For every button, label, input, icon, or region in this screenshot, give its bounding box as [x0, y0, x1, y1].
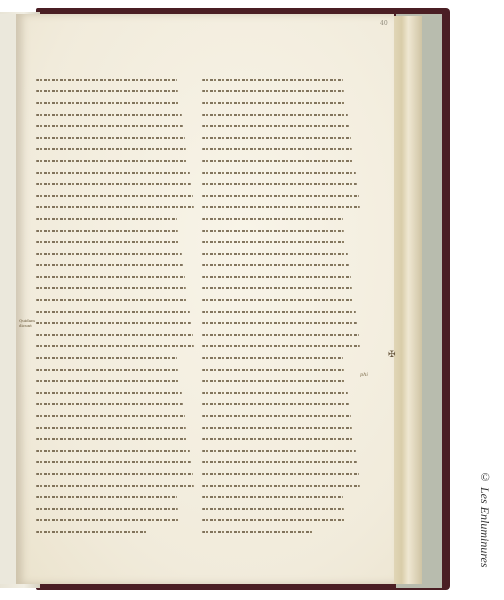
handwriting — [202, 183, 357, 185]
handwriting — [36, 79, 177, 81]
handwriting — [36, 531, 148, 533]
handwriting — [36, 369, 178, 371]
text-line — [202, 317, 362, 329]
text-column-left — [36, 74, 196, 538]
handwriting — [36, 264, 183, 266]
handwriting — [36, 461, 191, 463]
text-line — [202, 178, 362, 190]
handwriting — [36, 183, 191, 185]
text-line — [202, 144, 362, 156]
handwriting — [36, 148, 186, 150]
handwriting — [202, 287, 352, 289]
text-line — [36, 317, 196, 329]
text-line — [36, 155, 196, 167]
text-line — [36, 422, 196, 434]
text-line — [36, 178, 196, 190]
handwriting — [202, 403, 349, 405]
text-line — [36, 132, 196, 144]
handwriting — [36, 276, 185, 278]
text-line — [202, 410, 362, 422]
handwriting — [36, 334, 193, 336]
text-line — [36, 260, 196, 272]
text-line — [202, 491, 362, 503]
text-line — [36, 433, 196, 445]
handwriting — [202, 380, 346, 382]
copyright-credit: © Les Enluminures — [474, 470, 492, 590]
handwriting — [36, 160, 188, 162]
text-line — [202, 352, 362, 364]
text-line — [202, 283, 362, 295]
text-line — [202, 109, 362, 121]
text-line — [202, 167, 362, 179]
handwriting — [202, 519, 346, 521]
handwriting — [36, 519, 180, 521]
handwriting — [202, 334, 359, 336]
marginal-note-right: phi — [360, 372, 368, 378]
text-line — [202, 422, 362, 434]
handwriting — [202, 415, 351, 417]
text-line — [36, 294, 196, 306]
handwriting — [202, 461, 357, 463]
text-line — [202, 155, 362, 167]
text-line — [36, 515, 196, 527]
handwriting — [36, 195, 193, 197]
text-line — [202, 86, 362, 98]
handwriting — [36, 125, 183, 127]
text-line — [36, 375, 196, 387]
handwriting — [36, 218, 177, 220]
handwriting — [202, 148, 352, 150]
handwriting — [202, 322, 357, 324]
text-line — [202, 225, 362, 237]
handwriting — [202, 473, 359, 475]
text-line — [36, 341, 196, 353]
text-line — [36, 329, 196, 341]
handwriting — [202, 427, 352, 429]
text-line — [36, 352, 196, 364]
text-line — [36, 225, 196, 237]
handwriting — [36, 230, 178, 232]
text-line — [36, 109, 196, 121]
marginal-note-left: Quidam dicunt — [19, 318, 35, 328]
text-line — [202, 248, 362, 260]
text-line — [36, 364, 196, 376]
text-line — [36, 144, 196, 156]
text-line — [202, 399, 362, 411]
handwriting — [202, 253, 348, 255]
handwriting — [202, 345, 360, 347]
handwriting — [36, 403, 183, 405]
handwriting — [36, 172, 190, 174]
folio-number: 40 — [380, 20, 388, 27]
text-line — [36, 190, 196, 202]
text-line — [202, 202, 362, 214]
text-line — [36, 491, 196, 503]
text-line — [36, 97, 196, 109]
handwriting — [202, 496, 343, 498]
handwriting — [202, 241, 346, 243]
left-page-strip — [0, 14, 17, 584]
handwriting — [202, 137, 351, 139]
text-line — [36, 387, 196, 399]
handwriting — [202, 485, 360, 487]
handwriting — [36, 102, 180, 104]
handwriting — [202, 206, 360, 208]
text-line — [202, 526, 362, 538]
text-line — [36, 236, 196, 248]
handwriting — [36, 311, 190, 313]
text-line — [36, 202, 196, 214]
text-line — [36, 503, 196, 515]
text-line — [202, 132, 362, 144]
text-line — [202, 271, 362, 283]
handwriting — [36, 299, 188, 301]
text-line — [202, 190, 362, 202]
text-line — [36, 271, 196, 283]
handwriting — [36, 485, 194, 487]
manuscript-page — [16, 14, 394, 584]
text-line — [36, 445, 196, 457]
handwriting — [36, 427, 186, 429]
handwriting — [36, 253, 182, 255]
text-line — [36, 457, 196, 469]
handwriting — [202, 125, 349, 127]
text-line — [202, 213, 362, 225]
text-line — [202, 236, 362, 248]
text-line — [202, 375, 362, 387]
text-line — [202, 445, 362, 457]
handwriting — [202, 102, 346, 104]
text-line — [36, 248, 196, 260]
handwriting — [202, 392, 348, 394]
handwriting — [36, 473, 193, 475]
text-line — [202, 329, 362, 341]
text-line — [36, 167, 196, 179]
text-line — [202, 503, 362, 515]
text-column-right — [202, 74, 362, 538]
text-line — [202, 306, 362, 318]
text-line — [36, 120, 196, 132]
handwriting — [202, 299, 354, 301]
text-line — [36, 213, 196, 225]
handwriting — [202, 311, 356, 313]
handwriting — [36, 357, 177, 359]
handwriting — [36, 415, 185, 417]
handwriting — [202, 450, 356, 452]
handwriting — [202, 264, 349, 266]
handwriting — [36, 287, 186, 289]
handwriting — [202, 90, 344, 92]
text-line — [202, 457, 362, 469]
handwriting — [202, 195, 359, 197]
handwriting — [202, 357, 343, 359]
text-line — [202, 433, 362, 445]
handwriting — [202, 508, 344, 510]
handwriting — [202, 369, 344, 371]
text-line — [202, 97, 362, 109]
text-line — [36, 74, 196, 86]
handwriting — [36, 392, 182, 394]
text-line — [202, 120, 362, 132]
text-line — [202, 515, 362, 527]
handwriting — [36, 137, 185, 139]
handwriting — [202, 172, 356, 174]
text-line — [202, 341, 362, 353]
handwriting — [202, 79, 343, 81]
text-line — [202, 74, 362, 86]
handwriting — [202, 218, 343, 220]
handwriting — [36, 496, 177, 498]
text-line — [36, 410, 196, 422]
handwriting — [36, 345, 194, 347]
handwriting — [36, 450, 190, 452]
text-line — [36, 86, 196, 98]
handwriting — [36, 380, 180, 382]
text-line — [36, 526, 196, 538]
handwriting — [36, 206, 194, 208]
handwriting — [202, 276, 351, 278]
text-line — [202, 364, 362, 376]
text-line — [202, 480, 362, 492]
handwriting — [36, 508, 178, 510]
handwriting — [36, 114, 182, 116]
handwriting — [202, 160, 354, 162]
text-line — [202, 294, 362, 306]
handwriting — [36, 241, 180, 243]
text-line — [36, 283, 196, 295]
text-line — [202, 387, 362, 399]
cross-icon: ✠ — [388, 350, 396, 360]
handwriting — [202, 230, 344, 232]
text-line — [36, 480, 196, 492]
text-line — [36, 306, 196, 318]
handwriting — [202, 438, 354, 440]
text-line — [202, 260, 362, 272]
text-line — [36, 468, 196, 480]
handwriting — [36, 438, 188, 440]
text-line — [202, 468, 362, 480]
handwriting — [202, 114, 348, 116]
handwriting — [36, 322, 191, 324]
text-line — [36, 399, 196, 411]
handwriting — [36, 90, 178, 92]
handwriting — [202, 531, 314, 533]
